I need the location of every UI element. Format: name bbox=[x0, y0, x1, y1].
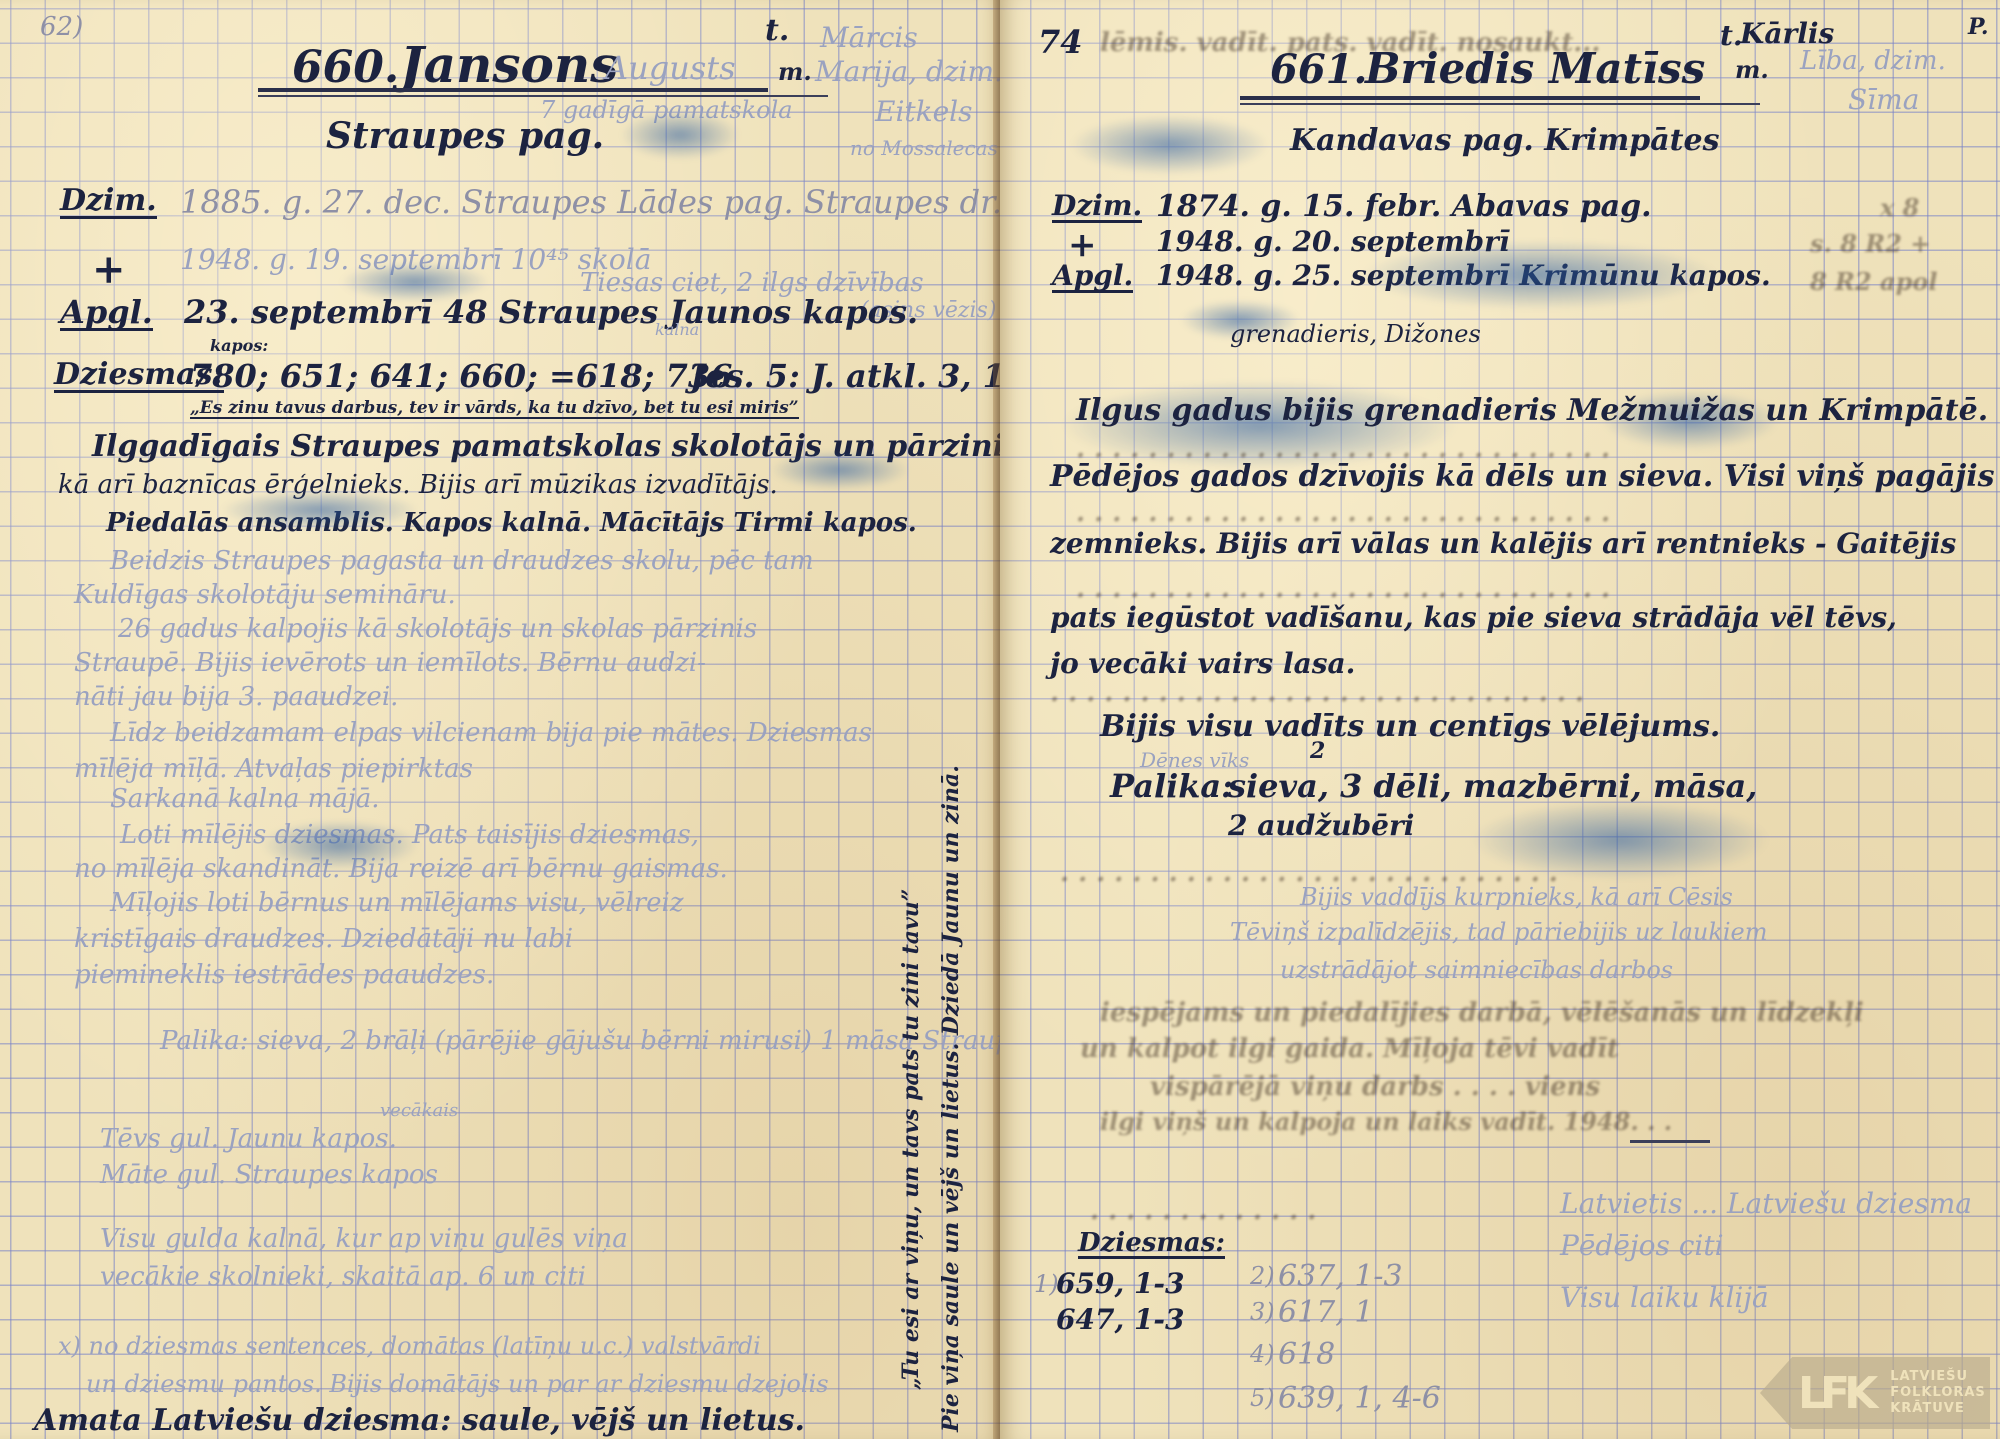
ink-stain bbox=[260, 820, 420, 870]
page-number: 62) bbox=[40, 14, 83, 40]
notebook-spread: 62) 660. Jansons Augusts t. Mārcis m. Ma… bbox=[0, 0, 2000, 1439]
pencil-line: 26 gadus kalpojis kā skolotājs un skolas… bbox=[118, 616, 757, 642]
right-page: 74 P. lēmis. vadīt. pats. vadīt. nosaukt… bbox=[1000, 0, 2000, 1439]
pencil-line: Līdz beidzamam elpas vilcienam bija pie … bbox=[110, 720, 872, 746]
parish: Straupes pag. bbox=[326, 118, 604, 154]
born-label: Dzim. bbox=[60, 186, 157, 219]
ink-stain bbox=[770, 450, 910, 490]
pencil-line: uzstrādājot saimniecības darbos bbox=[1280, 958, 1673, 982]
buried-value: 23. septembrī 48 Straupes Jaunos kapos. bbox=[184, 296, 918, 328]
footnote-line-2: un dziesmu pantos. Bijis domātājs un par… bbox=[86, 1372, 829, 1396]
born-label: Dzim. bbox=[1052, 192, 1142, 223]
pencil-line: Bijis vaddījs kurpnieks, kā arī Cēsis bbox=[1300, 885, 1733, 909]
mother-origin-note: no Mossalecas bbox=[850, 138, 998, 158]
vertical-ink-line-1: „Tu esi ar viņu, un tavs pats tu zini ta… bbox=[900, 889, 922, 1390]
ink-stain bbox=[1360, 240, 1720, 310]
ink-stain bbox=[220, 490, 420, 530]
closing-line: Latvietis ... Latviešu dziesma bbox=[1560, 1190, 1972, 1218]
insert-above: grenadieris, Dižones bbox=[1230, 322, 1481, 346]
quote: „Es zinu tavus darbus, tev ir vārds, ka … bbox=[190, 400, 799, 419]
ink-line-2: kā arī baznīcas ērģelnieks. Bijis arī mū… bbox=[58, 472, 778, 498]
entry-number: 660. bbox=[292, 46, 399, 90]
footnote-line-1: x) no dziesmas sentences, domātas (latīņ… bbox=[58, 1334, 761, 1358]
closing-line-2: vecākie skolnieki, skaitā ap. 6 un citi bbox=[100, 1264, 586, 1290]
song-item: 617, 1 bbox=[1278, 1298, 1373, 1328]
name: Briedis Matīss bbox=[1365, 48, 1705, 90]
closing-line-1: Visu gulda kalnā, kur ap viņu gulēs viņa bbox=[100, 1226, 628, 1252]
song-number: 2) bbox=[1250, 1264, 1275, 1288]
given-name: Augusts bbox=[605, 52, 736, 84]
survivors-label: Palika: bbox=[1110, 770, 1233, 802]
mother-name: Lība, dzim. bbox=[1800, 48, 1946, 74]
corner-mark: P. bbox=[1968, 16, 1989, 38]
buried-label: Apgl. bbox=[1052, 262, 1133, 293]
song-number: 3) bbox=[1250, 1300, 1275, 1324]
ink-line-1: Ilgus gadus bijis grenadieris Mežmuižas … bbox=[1076, 396, 1988, 426]
watermark-line: LATVIEŠU bbox=[1890, 1369, 1986, 1385]
mother-maiden-name: Eitkels bbox=[875, 98, 973, 126]
parish: Kandavas pag. Krimpātes bbox=[1290, 126, 1720, 156]
mother-name: Marija, dzim. bbox=[815, 58, 1000, 86]
pencil-line: Tēviņš izpalīdzējis, tad pāriebijis uz l… bbox=[1230, 920, 1768, 944]
survivors-superscript: 2 bbox=[1310, 740, 1325, 762]
bleed-through: . . . . . . . . . . . . . . . . . . . . … bbox=[1076, 500, 1610, 526]
pencil-line: Beidzis Straupes pagasta un draudzes sko… bbox=[110, 548, 814, 574]
closing-pencil-2: Visu laiku klijā bbox=[1560, 1284, 1769, 1312]
mother-label: m. bbox=[1735, 58, 1769, 82]
pencil-line: Straupē. Bijis ievērots un iemīlots. Bēr… bbox=[74, 650, 706, 676]
watermark-text: LATVIEŠU FOLKLORAS KRĀTUVE bbox=[1890, 1369, 1986, 1417]
title-underline bbox=[258, 88, 768, 92]
margin-note: 8 R2 apol bbox=[1810, 270, 1938, 294]
pencil-line: mīlēja mīļā. Atvaļas piepirktas bbox=[74, 756, 473, 782]
bleed-through: . . . . . . . . . . . . . . . . . . . . … bbox=[1076, 576, 1610, 602]
separator bbox=[1630, 1140, 1710, 1143]
pencil-line: kristīgais draudzes. Dziedātāji nu labi bbox=[74, 926, 573, 952]
ink-stain bbox=[620, 110, 740, 160]
ink-line-3: zemnieks. Bijis arī vālas un kalējis arī… bbox=[1050, 530, 1956, 558]
survivors-value: sieva, 3 dēli, mazbērni, māsa, bbox=[1228, 770, 1757, 802]
bleed-through: . . . . . . . . . . . . . bbox=[1090, 1198, 1316, 1224]
closing-pencil-1: Pēdējos citi bbox=[1560, 1232, 1724, 1260]
pencil-line: Kuldīgas skolotāju semināru. bbox=[74, 582, 456, 608]
title-underline bbox=[1240, 96, 1700, 100]
mother-maiden-name: Sīma bbox=[1848, 86, 1919, 114]
died-symbol: + bbox=[1068, 228, 1097, 262]
mother-label: m. bbox=[778, 60, 812, 84]
character-line: Bijis visu vadīts un centīgs vēlējums. bbox=[1100, 712, 1720, 742]
watermark-line: KRĀTUVE bbox=[1890, 1401, 1986, 1417]
buried-small-note: kalna bbox=[655, 322, 699, 338]
bleed-through: un kalpot ilgi gaida. Mīļoja tēvi vadīt bbox=[1080, 1036, 1619, 1062]
left-page: 62) 660. Jansons Augusts t. Mārcis m. Ma… bbox=[0, 0, 1000, 1439]
margin-note: x 8 bbox=[1880, 196, 1919, 220]
song-number: 1) bbox=[1034, 1272, 1059, 1296]
bleed-through: vispārējā viņu darbs . . . . viens bbox=[1150, 1074, 1600, 1100]
song-item: 659, 1-3 bbox=[1056, 1270, 1185, 1298]
pencil-line: Mīļojis loti bērnus un mīlējams visu, vē… bbox=[110, 890, 684, 916]
song-number: 4) bbox=[1250, 1342, 1275, 1366]
songs-small-above: kapos: bbox=[210, 338, 268, 354]
bottom-ink-line: Amata Latviešu dziesma: saule, vējš un l… bbox=[34, 1406, 805, 1436]
ink-line-4: pats iegūstot vadīšanu, kas pie sieva st… bbox=[1050, 604, 1897, 632]
father-grave: Tēvs gul. Jaunu kapos. bbox=[100, 1126, 397, 1152]
archive-watermark: LFK LATVIEŠU FOLKLORAS KRĀTUVE bbox=[1760, 1357, 1990, 1429]
song-item: 639, 1, 4-6 bbox=[1278, 1384, 1441, 1414]
margin-note: s. 8 R2 + bbox=[1810, 232, 1930, 256]
songs-value: 780; 651; 641; 660; =618; 736. bbox=[190, 360, 744, 392]
songs-label: Dziesmas: bbox=[1078, 1230, 1225, 1259]
born-value: 1874. g. 15. febr. Abavas pag. bbox=[1156, 192, 1652, 222]
watermark-line: FOLKLORAS bbox=[1890, 1385, 1986, 1401]
born-value: 1885. g. 27. dec. Straupes Lādes pag. St… bbox=[180, 186, 1000, 218]
bleed-through: . . . . . . . . . . . . . . . . . . . . … bbox=[1050, 680, 1584, 706]
bleed-through: iespējams un piedalījies darbā, vēlēšanā… bbox=[1100, 1000, 1864, 1026]
lfk-logo-icon: LFK bbox=[1798, 1368, 1872, 1419]
mother-grave: Māte gul. Straupes kapos bbox=[100, 1162, 438, 1188]
song-number: 5) bbox=[1250, 1386, 1275, 1410]
father-label: t. bbox=[765, 16, 789, 46]
father-name: Kārlis bbox=[1740, 20, 1834, 48]
ink-stain bbox=[1070, 115, 1270, 175]
died-symbol: + bbox=[92, 250, 126, 290]
ink-line-2: Pēdējos gados dzīvojis kā dēls un sieva.… bbox=[1050, 462, 1995, 492]
buried-label: Apgl. bbox=[60, 296, 153, 331]
corner-number: 74 bbox=[1038, 26, 1083, 58]
ink-line-5: jo vecāki vairs lasa. bbox=[1050, 650, 1355, 678]
survivors: Palika: sieva, 2 brāļi (pārējie gājušu b… bbox=[160, 1028, 1000, 1054]
surname: Jansons bbox=[400, 40, 618, 90]
pencil-line: nāti jau bija 3. paaudzei. bbox=[74, 684, 398, 710]
vertical-ink-line-2: Pie viņa saule un vējš un lietus. Dziedā… bbox=[940, 765, 962, 1432]
song-item: 647, 1-3 bbox=[1056, 1306, 1185, 1334]
pencil-line: Sarkanā kalna mājā. bbox=[110, 786, 380, 812]
survivors-extra: vecākais bbox=[380, 1102, 458, 1120]
entry-number: 661. bbox=[1270, 50, 1367, 90]
song-item: 618 bbox=[1278, 1340, 1335, 1370]
scripture-reference: Jes. 5: J. atkl. 3, 1b bbox=[690, 360, 1000, 392]
bleed-through: ilgi viņš un kalpoja un laiks vadīt. 194… bbox=[1100, 1110, 1672, 1134]
father-name: Mārcis bbox=[820, 24, 918, 52]
pencil-line: piemineklis iestrādes paaudzes. bbox=[74, 962, 494, 988]
survivors-line-2: 2 audžubēri bbox=[1228, 812, 1414, 840]
song-item: 637, 1-3 bbox=[1278, 1262, 1403, 1292]
